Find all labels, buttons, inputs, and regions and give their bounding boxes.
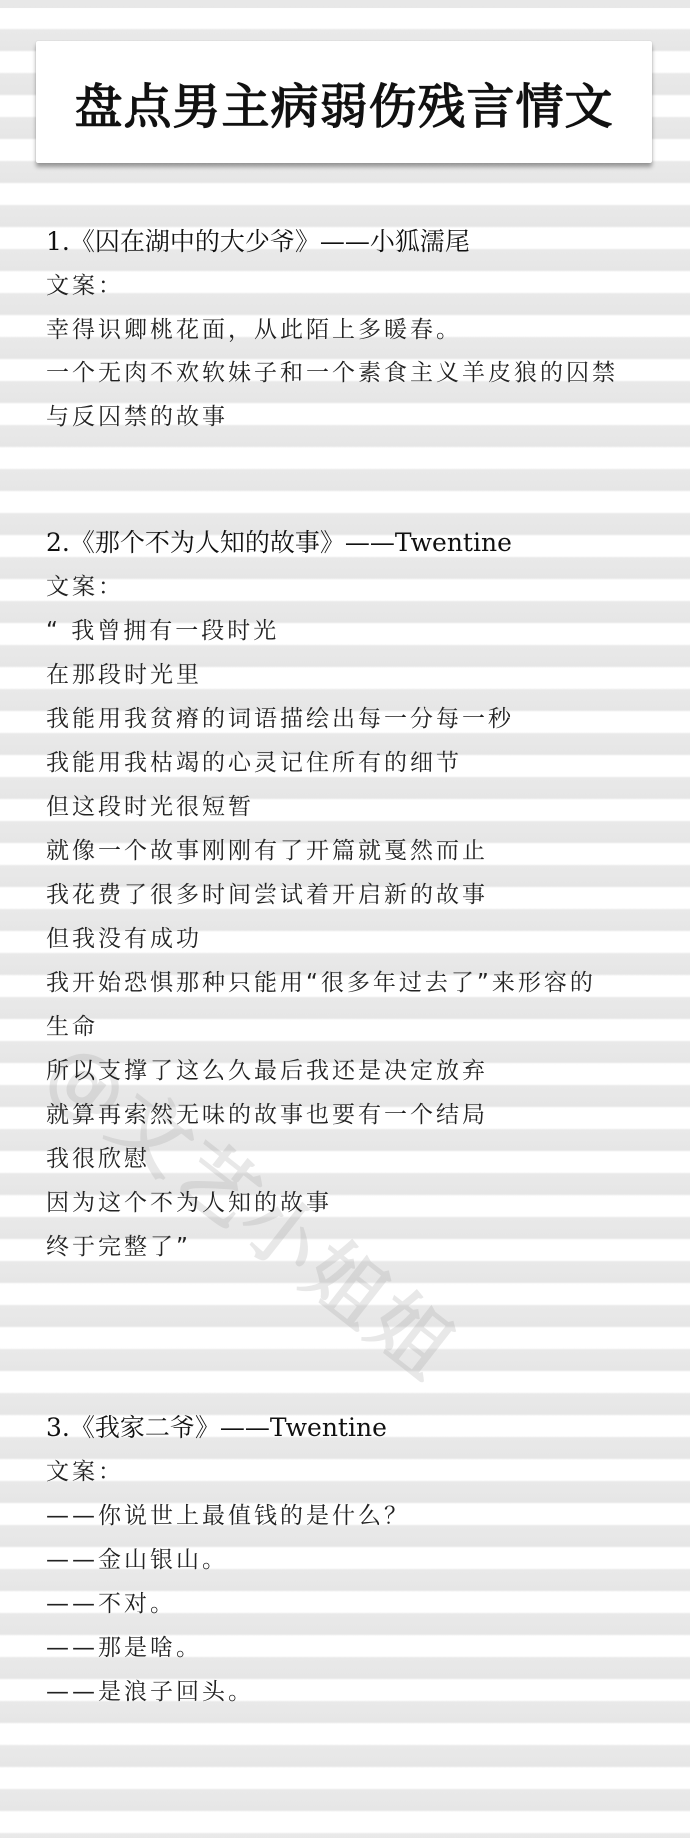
section-2-line: 所以支撑了这么久最后我还是决定放弃 (46, 1056, 488, 1086)
section-2-line: 就像一个故事刚刚有了开篇就戛然而止 (46, 836, 488, 866)
section-3-line: ——你说世上最值钱的是什么？ (46, 1501, 410, 1531)
section-1-line: 一个无肉不欢软妹子和一个素食主义羊皮狼的囚禁 (46, 358, 618, 388)
section-2-line: 但我没有成功 (46, 924, 202, 954)
section-2-line: 我能用我枯竭的心灵记住所有的细节 (46, 748, 462, 778)
section-2-line: 就算再索然无味的故事也要有一个结局 (46, 1100, 488, 1130)
section-2-line: 我开始恐惧那种只能用“很多年过去了”来形容的 (46, 968, 596, 998)
section-3-line: ——是浪子回头。 (46, 1677, 254, 1707)
section-2-line: 我花费了很多时间尝试着开启新的故事 (46, 880, 488, 910)
section-3-line: ——不对。 (46, 1589, 176, 1619)
section-2-line: 我很欣慰 (46, 1144, 150, 1174)
section-3-label: 文案： (46, 1457, 124, 1487)
section-3-line: ——金山银山。 (46, 1545, 228, 1575)
page-title: 盘点男主病弱伤残言情文 (74, 68, 613, 137)
section-1-line: 幸得识卿桃花面，从此陌上多暖春。 (46, 315, 462, 345)
section-2-line: 生命 (46, 1012, 98, 1042)
section-1-label: 文案： (46, 271, 124, 301)
section-2-line: 在那段时光里 (46, 660, 202, 690)
section-2-label: 文案： (46, 572, 124, 602)
section-2-heading: 2.《那个不为人知的故事》——Twentine (46, 528, 512, 558)
section-2-line: 但这段时光很短暂 (46, 792, 254, 822)
section-1-heading: 1.《囚在湖中的大少爷》——小狐濡尾 (46, 227, 470, 257)
section-3-heading: 3.《我家二爷》——Twentine (46, 1413, 387, 1443)
section-3-line: ——那是啥。 (46, 1633, 202, 1663)
section-2-line: “ 我曾拥有一段时光 (46, 616, 279, 646)
section-2-line: 因为这个不为人知的故事 (46, 1188, 332, 1218)
title-card: 盘点男主病弱伤残言情文 (36, 41, 652, 163)
section-2-line: 终于完整了” (46, 1232, 191, 1262)
section-2-line: 我能用我贫瘠的词语描绘出每一分每一秒 (46, 704, 514, 734)
section-1-line: 与反囚禁的故事 (46, 402, 228, 432)
